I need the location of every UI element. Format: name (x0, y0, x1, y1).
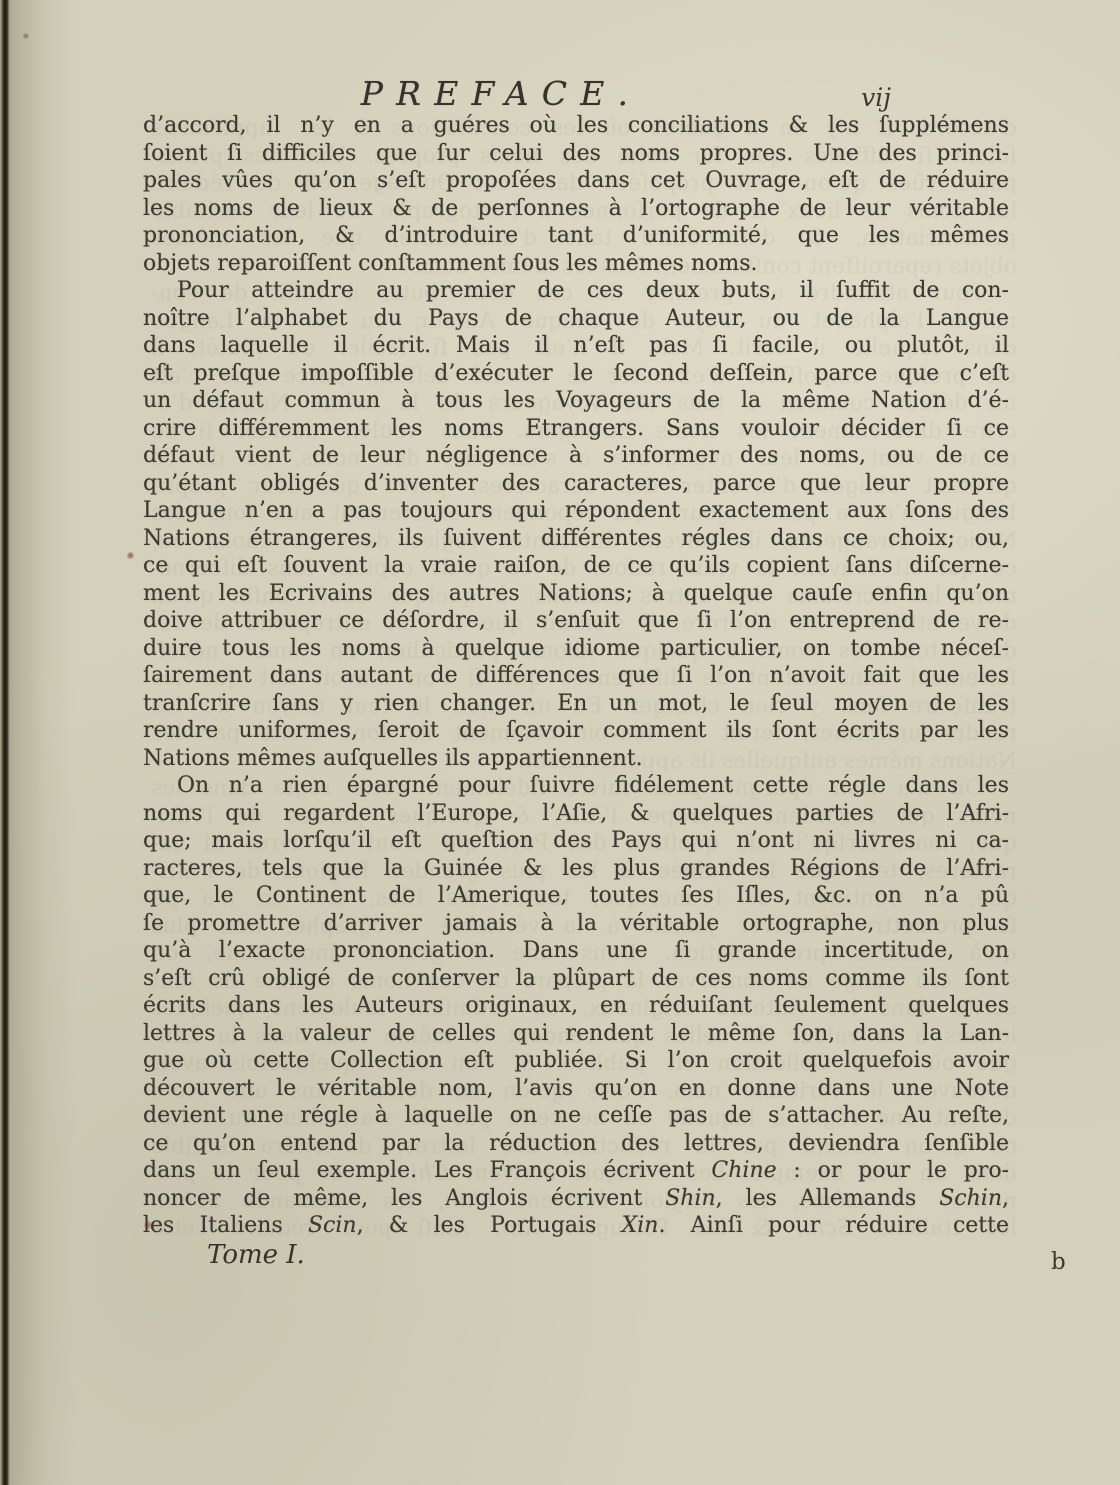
page-number: vij (861, 83, 891, 112)
text-segment: . Ainſi pour réduire cette (658, 1213, 1009, 1238)
text-segment: , (1002, 1186, 1009, 1211)
text-line: ſe promettre d’arriver jamais à la vérit… (143, 910, 1009, 938)
body-text: d’accord, il n’y en a guéres où les conc… (143, 112, 1009, 1240)
text-line: pales vûes qu’on s’eſt propoſées dans ce… (143, 167, 1009, 195)
text-line: ce qui eſt ſouvent la vraie raiſon, de c… (143, 552, 1009, 580)
text-line: que, le Continent de l’Amerique, toutes … (143, 882, 1009, 910)
text-line: défaut vient de leur négligence à s’info… (143, 442, 1009, 470)
text-line: dans laquelle il écrit. Mais il n’eſt pa… (143, 332, 1009, 360)
text-line: tranſcrire ſans y rien changer. En un mo… (143, 690, 1009, 718)
book-gutter-edge (0, 0, 10, 1485)
text-line: objets reparoiſſent conſtamment ſous les… (143, 250, 1009, 278)
text-line: ſairement dans autant de différences que… (143, 662, 1009, 690)
italic-term: Xin (622, 1213, 659, 1238)
volume-label: Tome I. (207, 1240, 305, 1270)
text-line: Langue n’en a pas toujours qui répondent… (143, 497, 1009, 525)
text-line: prononciation, & d’introduire tant d’uni… (143, 222, 1009, 250)
text-line: rendre uniformes, ſeroit de ſçavoir comm… (143, 717, 1009, 745)
text-line: gue où cette Collection eſt publiée. Si … (143, 1047, 1009, 1075)
text-line: les Italiens Scin, & les Portugais Xin. … (143, 1212, 1009, 1240)
text-line: noncer de même, les Anglois écrivent Shi… (143, 1185, 1009, 1213)
ink-stain (23, 33, 29, 39)
text-line: un défaut commun à tous les Voyageurs de… (143, 387, 1009, 415)
text-line: crire différemment les noms Etrangers. S… (143, 415, 1009, 443)
text-segment: dans un ſeul exemple. Les François écriv… (143, 1158, 711, 1183)
text-line: doive attribuer ce déſordre, il s’enſuit… (143, 607, 1009, 635)
text-segment: , & les Portugais (357, 1213, 622, 1238)
text-line: racteres, tels que la Guinée & les plus … (143, 855, 1009, 883)
text-line: dans un ſeul exemple. Les François écriv… (143, 1157, 1009, 1185)
page-header: PREFACE. vij (143, 74, 1009, 116)
body-text-block: d’accord, il n’y en a guéres où les conc… (143, 112, 1009, 1240)
ink-stain (127, 552, 134, 559)
page-footer: Tome I. b (143, 1240, 1009, 1284)
text-line: Pour atteindre au premier de ces deux bu… (143, 277, 1009, 305)
text-line: ce qu’on entend par la réduction des let… (143, 1130, 1009, 1158)
italic-term: Scin (308, 1213, 357, 1238)
text-line: lettres à la valeur de celles qui renden… (143, 1020, 1009, 1048)
paragraph-1: d’accord, il n’y en a guéres où les conc… (143, 112, 1009, 277)
text-line: s’eſt crû obligé de conſerver la plûpart… (143, 965, 1009, 993)
paragraph-2: Pour atteindre au premier de ces deux bu… (143, 277, 1009, 772)
text-line: écrits dans les Auteurs originaux, en ré… (143, 992, 1009, 1020)
text-segment: , les Allemands (716, 1186, 940, 1211)
signature-mark: b (1051, 1249, 1066, 1275)
text-line: Nations étrangeres, ils ſuivent différen… (143, 525, 1009, 553)
text-line: ment les Ecrivains des autres Nations; à… (143, 580, 1009, 608)
text-segment: : or pour le pro- (777, 1158, 1009, 1183)
text-line: noître l’alphabet du Pays de chaque Aute… (143, 305, 1009, 333)
text-line: les noms de lieux & de perſonnes à l’ort… (143, 195, 1009, 223)
italic-term: Schin (939, 1186, 1002, 1211)
text-line: découvert le véritable nom, l’avis qu’on… (143, 1075, 1009, 1103)
text-line: d’accord, il n’y en a guéres où les conc… (143, 112, 1009, 140)
paragraph-3: On n’a rien épargné pour ſuivre fidéleme… (143, 772, 1009, 1240)
text-line: que; mais lorſqu’il eſt queſtion des Pay… (143, 827, 1009, 855)
text-line: Nations mêmes auſquelles ils appartienne… (143, 745, 1009, 773)
text-line: devient une régle à laquelle on ne ceſſe… (143, 1102, 1009, 1130)
text-line: On n’a rien épargné pour ſuivre fidéleme… (143, 772, 1009, 800)
text-line: noms qui regardent l’Europe, l’Aſie, & q… (143, 800, 1009, 828)
text-line: duire tous les noms à quelque idiome par… (143, 635, 1009, 663)
text-line: eſt preſque impoſſible d’exécuter le ſec… (143, 360, 1009, 388)
italic-term: Chine (711, 1158, 776, 1183)
text-segment: noncer de même, les Anglois écrivent (143, 1186, 665, 1211)
text-segment: les Italiens (143, 1213, 308, 1238)
text-line: qu’étant obligés d’inventer des caracter… (143, 470, 1009, 498)
italic-term: Shin (665, 1186, 715, 1211)
page-title: PREFACE. (143, 74, 859, 113)
text-line: qu’à l’exacte prononciation. Dans une ſi… (143, 937, 1009, 965)
text-line: ſoient ſi difficiles que ſur celui des n… (143, 140, 1009, 168)
